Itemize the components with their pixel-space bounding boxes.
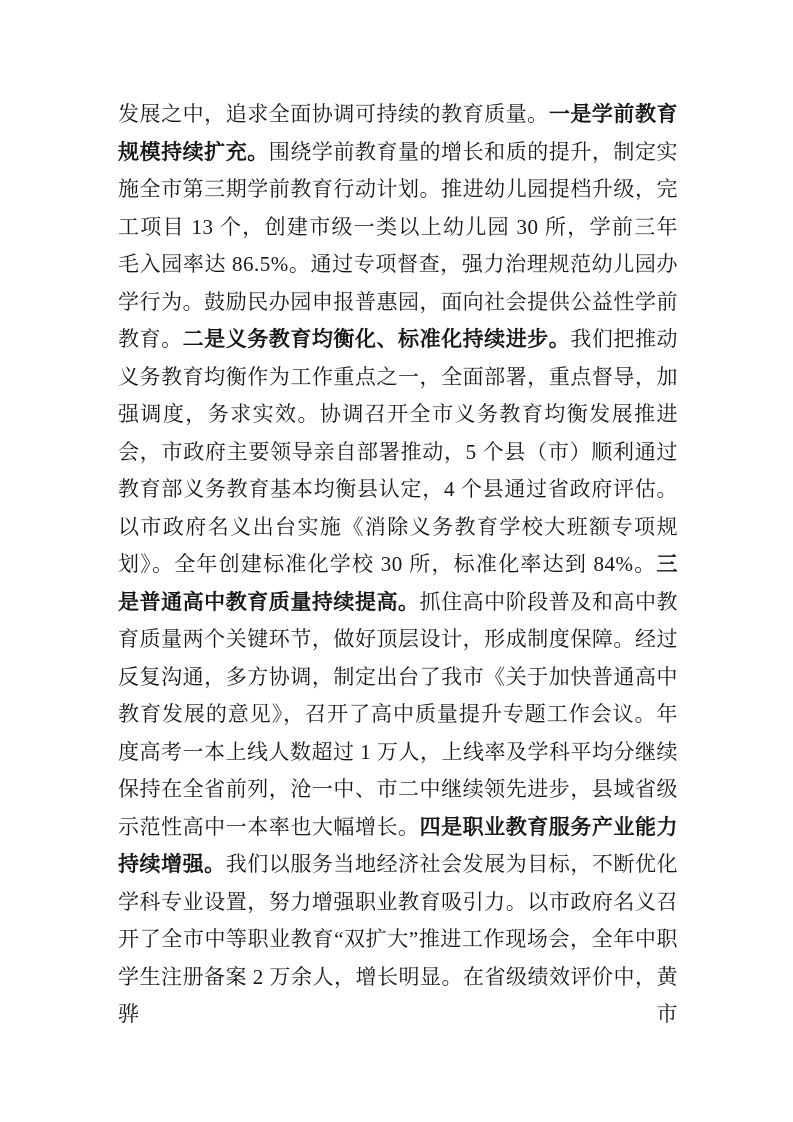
text-run-preschool: 围绕学前教育量的增长和质的提升，制定实施全市第三期学前教育行动计划。推进幼儿园提… xyxy=(118,140,678,352)
text-run-intro: 发展之中，追求全面协调可持续的教育质量。 xyxy=(118,102,549,126)
document-page: 发展之中，追求全面协调可持续的教育质量。一是学前教育规模持续扩充。围绕学前教育量… xyxy=(0,0,793,1122)
document-paragraph: 发展之中，追求全面协调可持续的教育质量。一是学前教育规模持续扩充。围绕学前教育量… xyxy=(118,96,678,1034)
text-run-senior-high: 抓住高中阶段普及和高中教育质量两个关键环节，做好顶层设计，形成制度保障。经过反复… xyxy=(118,590,678,839)
text-run-compulsory: 我们把推动义务教育均衡作为工作重点之一，全面部署，重点督导，加强调度，务求实效。… xyxy=(118,327,678,576)
text-run-vocational: 我们以服务当地经济社会发展为目标，不断优化学科专业设置，努力增强职业教育吸引力。… xyxy=(118,852,678,1026)
inline-heading-compulsory-education: 二是义务教育均衡化、标准化持续进步。 xyxy=(183,327,571,351)
